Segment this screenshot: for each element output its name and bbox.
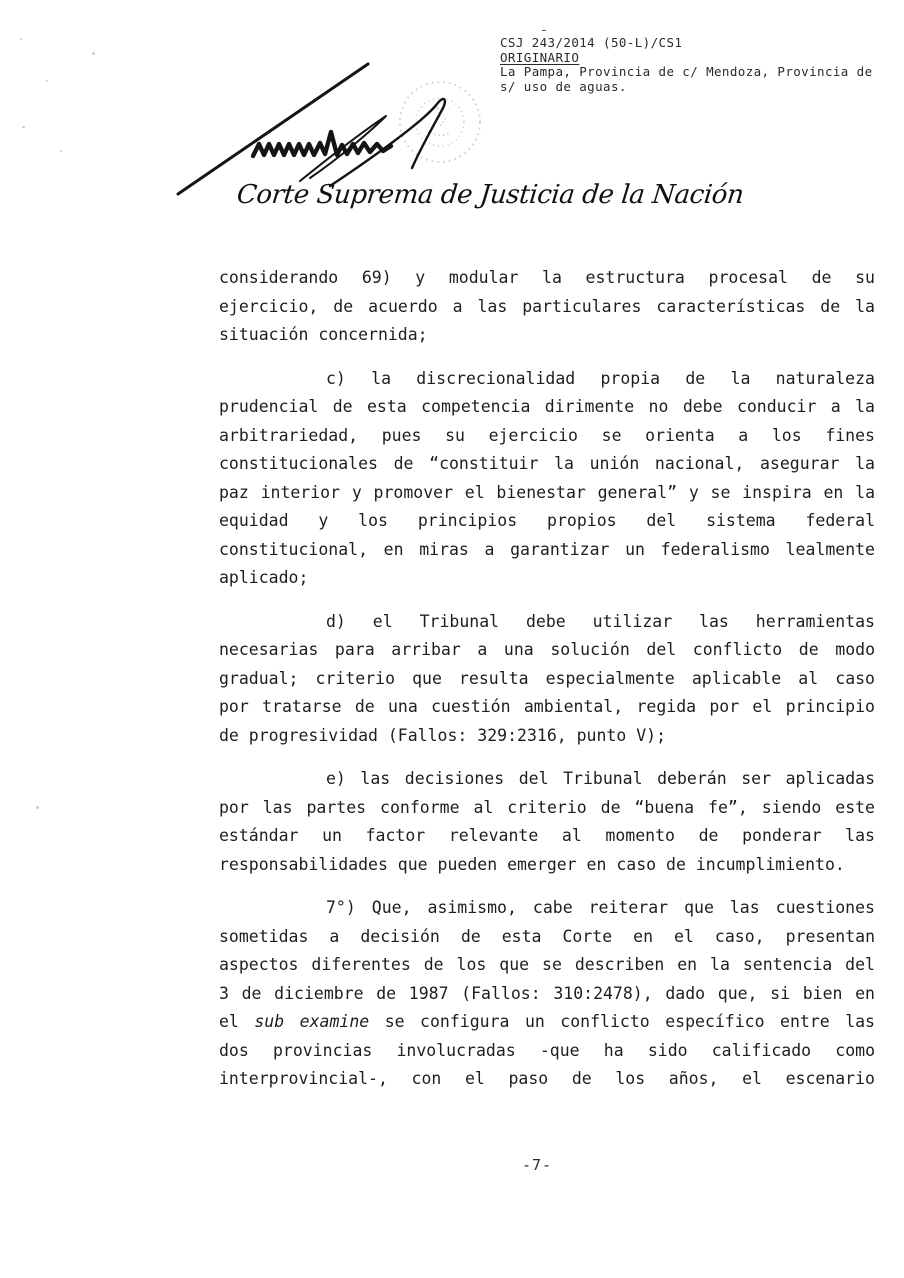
text-segment: 7°) Que, asimismo, cabe reiterar que las… <box>326 898 875 917</box>
text-line: arbitrariedad, pues su ejercicio se orie… <box>219 422 875 451</box>
text-segment: e) las decisiones del Tribunal deberán s… <box>326 769 875 788</box>
text-line: constitucionales de “constituir la unión… <box>219 450 875 479</box>
text-segment: arbitrariedad, pues su ejercicio se orie… <box>219 426 875 445</box>
text-line: interprovincial-, con el paso de los año… <box>219 1065 875 1094</box>
text-line: aplicado; <box>219 564 875 593</box>
italic-latin-phrase: sub examine <box>254 1012 369 1031</box>
case-type: ORIGINARIO <box>500 51 873 66</box>
text-segment: d) el Tribunal debe utilizar las herrami… <box>326 612 875 631</box>
text-line: situación concernida; <box>219 321 875 350</box>
text-line: ejercicio, de acuerdo a las particulares… <box>219 293 875 322</box>
text-line: prudencial de esta competencia dirimente… <box>219 393 875 422</box>
circular-stamp-icon <box>400 82 480 162</box>
text-segment: necesarias para arribar a una solución d… <box>219 640 875 659</box>
scan-speck <box>22 126 25 128</box>
document-page: - CSJ 243/2014 (50-L)/CS1 ORIGINARIO La … <box>0 0 904 1278</box>
text-line: responsabilidades que pueden emerger en … <box>219 851 875 880</box>
text-segment: por las partes conforme al criterio de “… <box>219 798 875 817</box>
text-segment: se configura un conflicto específico ent… <box>369 1012 875 1031</box>
text-line: equidad y los principios propios del sis… <box>219 507 875 536</box>
text-segment: por tratarse de una cuestión ambiental, … <box>219 697 875 716</box>
paragraph: d) el Tribunal debe utilizar las herrami… <box>219 608 875 751</box>
court-name-letterhead: Corte Suprema de Justicia de la Nación <box>235 180 745 210</box>
text-segment: considerando 69) y modular la estructura… <box>219 268 875 287</box>
text-segment: aplicado; <box>219 568 308 587</box>
text-line: 7°) Que, asimismo, cabe reiterar que las… <box>219 894 875 923</box>
text-segment: ejercicio, de acuerdo a las particulares… <box>219 297 875 316</box>
case-caption-line2: s/ uso de aguas. <box>500 80 873 95</box>
text-line: e) las decisiones del Tribunal deberán s… <box>219 765 875 794</box>
text-line: necesarias para arribar a una solución d… <box>219 636 875 665</box>
text-line: sometidas a decisión de esta Corte en el… <box>219 923 875 952</box>
paragraph: e) las decisiones del Tribunal deberán s… <box>219 765 875 879</box>
paragraph: considerando 69) y modular la estructura… <box>219 264 875 350</box>
text-segment: gradual; criterio que resulta especialme… <box>219 669 875 688</box>
text-line: por las partes conforme al criterio de “… <box>219 794 875 823</box>
text-line: por tratarse de una cuestión ambiental, … <box>219 693 875 722</box>
text-line: de progresividad (Fallos: 329:2316, punt… <box>219 722 875 751</box>
text-segment: estándar un factor relevante al momento … <box>219 826 875 845</box>
text-segment: paz interior y promover el bienestar gen… <box>219 483 875 502</box>
text-line: considerando 69) y modular la estructura… <box>219 264 875 293</box>
scan-speck <box>92 52 95 55</box>
text-line: dos provincias involucradas -que ha sido… <box>219 1037 875 1066</box>
paragraph: c) la discrecionalidad propia de la natu… <box>219 365 875 593</box>
text-segment: interprovincial-, con el paso de los año… <box>219 1069 875 1088</box>
text-line: paz interior y promover el bienestar gen… <box>219 479 875 508</box>
scan-speck <box>20 38 22 40</box>
text-line: d) el Tribunal debe utilizar las herrami… <box>219 608 875 637</box>
text-line: gradual; criterio que resulta especialme… <box>219 665 875 694</box>
case-caption-line1: La Pampa, Provincia de c/ Mendoza, Provi… <box>500 65 873 80</box>
text-line: estándar un factor relevante al momento … <box>219 822 875 851</box>
text-segment: aspectos diferentes de los que se descri… <box>219 955 875 974</box>
text-line: aspectos diferentes de los que se descri… <box>219 951 875 980</box>
text-segment: constitucional, en miras a garantizar un… <box>219 540 875 559</box>
text-segment: de progresividad (Fallos: 329:2316, punt… <box>219 726 666 745</box>
text-line: 3 de diciembre de 1987 (Fallos: 310:2478… <box>219 980 875 1009</box>
text-line: constitucional, en miras a garantizar un… <box>219 536 875 565</box>
scan-speck <box>60 150 62 152</box>
text-line: el sub examine se configura un conflicto… <box>219 1008 875 1037</box>
text-segment: 3 de diciembre de 1987 (Fallos: 310:2478… <box>219 984 875 1003</box>
text-segment: responsabilidades que pueden emerger en … <box>219 855 845 874</box>
page-number: -7- <box>522 1156 552 1174</box>
text-segment: c) la discrecionalidad propia de la natu… <box>326 369 875 388</box>
scan-speck <box>36 806 39 809</box>
scan-speck <box>46 80 48 82</box>
text-segment: sometidas a decisión de esta Corte en el… <box>219 927 875 946</box>
text-segment: dos provincias involucradas -que ha sido… <box>219 1041 875 1060</box>
text-segment: el <box>219 1012 254 1031</box>
text-line: c) la discrecionalidad propia de la natu… <box>219 365 875 394</box>
paragraph: 7°) Que, asimismo, cabe reiterar que las… <box>219 894 875 1094</box>
case-number: CSJ 243/2014 (50-L)/CS1 <box>500 36 873 51</box>
text-segment: constitucionales de “constituir la unión… <box>219 454 875 473</box>
signature-icon <box>178 64 445 194</box>
text-segment: prudencial de esta competencia dirimente… <box>219 397 875 416</box>
body-text: considerando 69) y modular la estructura… <box>219 264 875 1094</box>
case-header: CSJ 243/2014 (50-L)/CS1 ORIGINARIO La Pa… <box>500 36 873 94</box>
text-segment: equidad y los principios propios del sis… <box>219 511 875 530</box>
text-segment: situación concernida; <box>219 325 428 344</box>
